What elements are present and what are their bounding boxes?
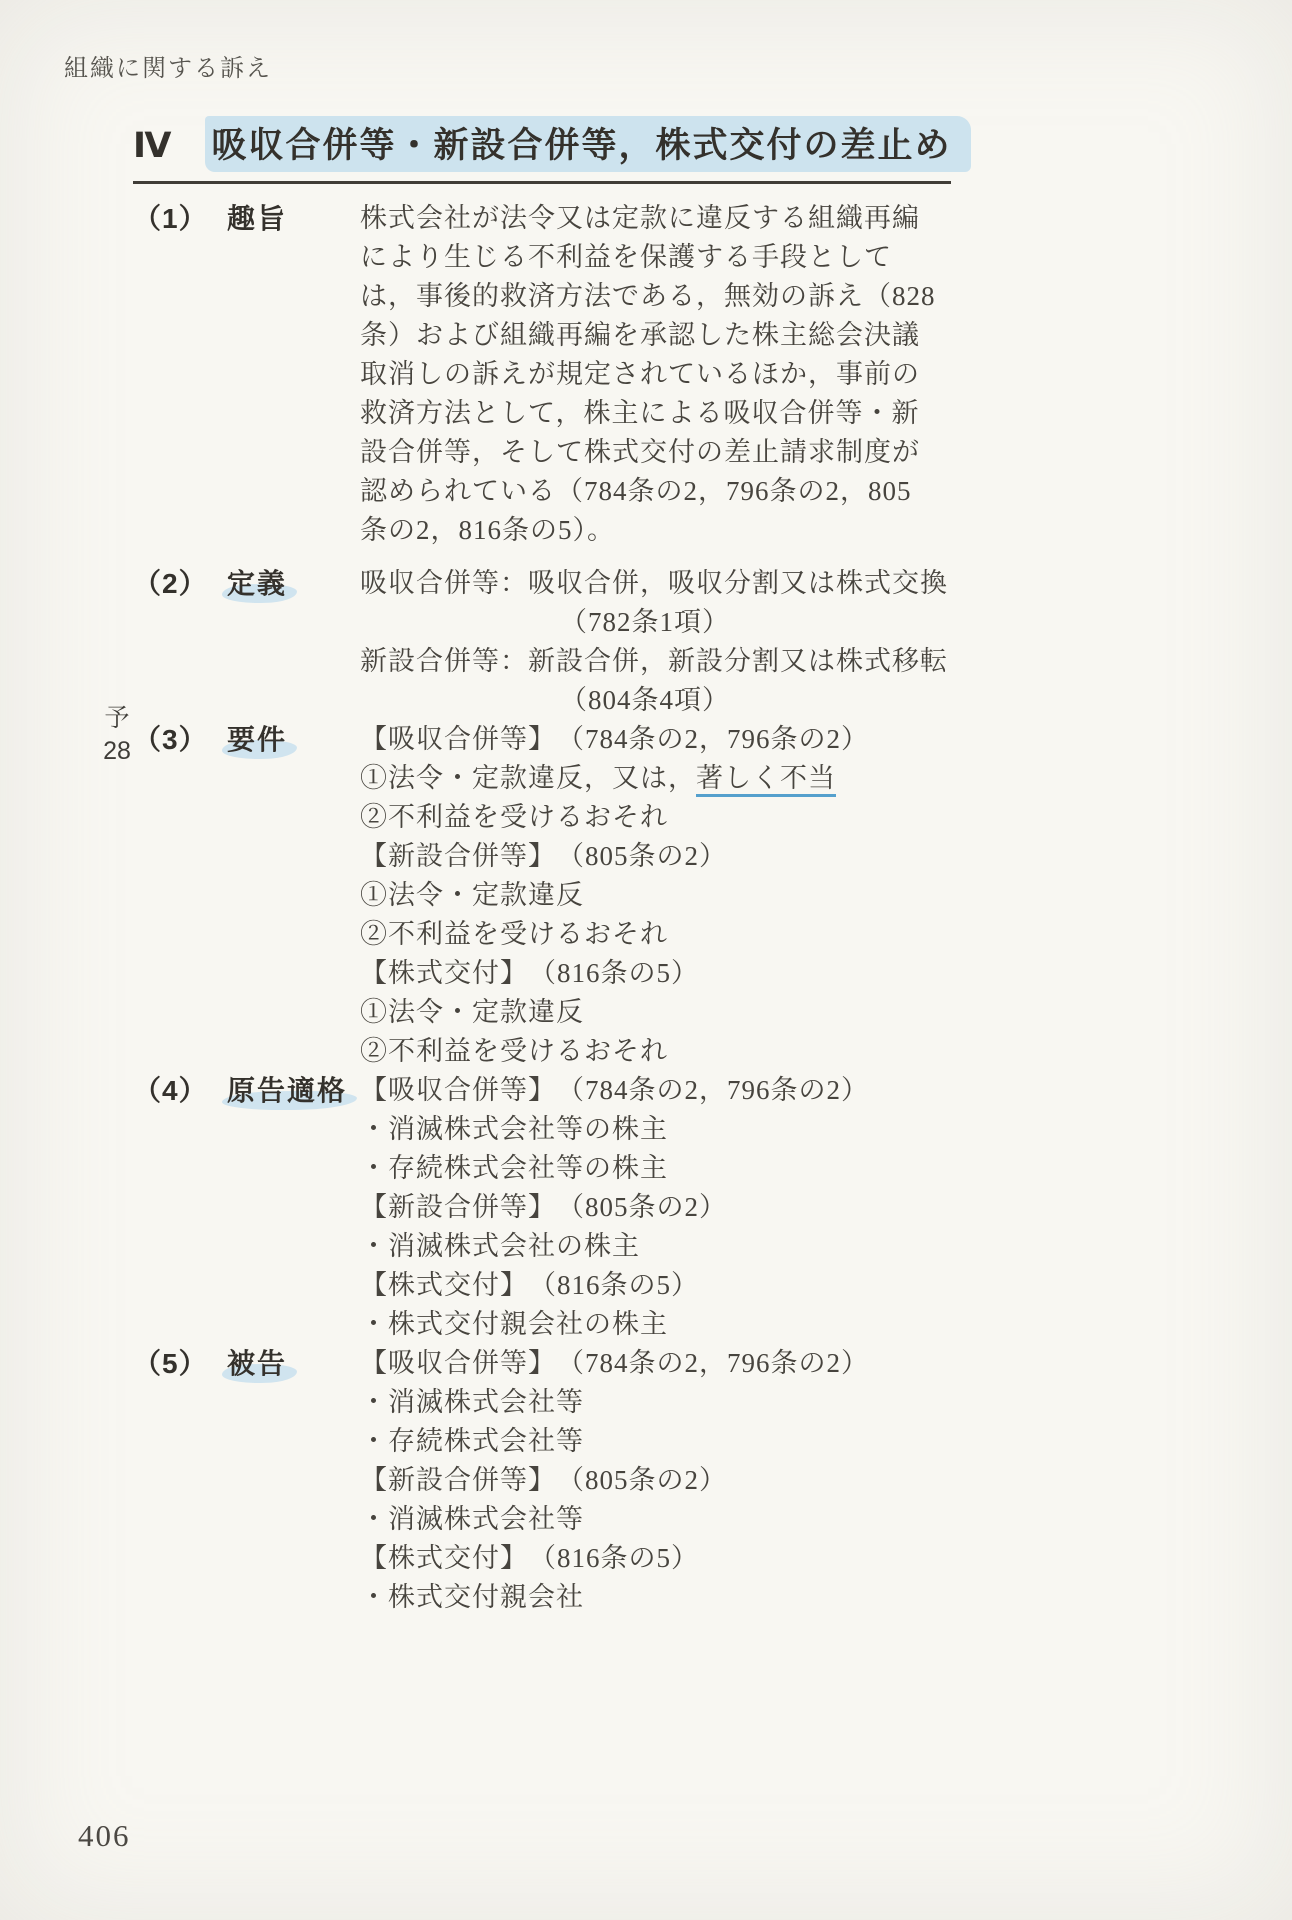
content-line: ・消滅株式会社等の株主 <box>360 1110 951 1149</box>
content-line: ②不利益を受けるおそれ <box>360 915 951 954</box>
item-1-body: 株式会社が法令又は定款に違反する組織再編 により生じる不利益を保護する手段として… <box>360 199 951 550</box>
content-line: 【株式交付】 （816条の5） <box>360 1266 951 1305</box>
content-line: は，事後的救済方法である，無効の訴え（828 <box>360 277 951 316</box>
section-heading-text: 吸収合併等・新設合併等，株式交付の差止め <box>205 116 971 172</box>
content-line: ・消滅株式会社の株主 <box>360 1227 951 1266</box>
item-1-shushi: （1）趣旨 株式会社が法令又は定款に違反する組織再編 により生じる不利益を保護す… <box>133 199 951 550</box>
item-1-label-col: （1）趣旨 <box>133 199 360 550</box>
content-line: （782条1項） <box>360 603 951 642</box>
running-head: 組織に関する訴え <box>64 48 272 83</box>
content-line: により生じる不利益を保護する手段として <box>360 238 951 277</box>
content-line: 設合併等，そして株式交付の差止請求制度が <box>360 433 951 472</box>
content-line: ②不利益を受けるおそれ <box>360 798 951 837</box>
content-line: 吸収合併等：吸収合併，吸収分割又は株式交換 <box>360 564 951 603</box>
item-2-teigi: （2）定義 吸収合併等：吸収合併，吸収分割又は株式交換 （782条1項） 新設合… <box>133 564 951 720</box>
item-4-genkoku-tekikaku: （4）原告適格 【吸収合併等】 （784条の2，796条の2） ・消滅株式会社等… <box>133 1071 951 1344</box>
content-line: （804条4項） <box>360 681 951 720</box>
content-line: 【吸収合併等】 （784条の2，796条の2） <box>360 720 951 759</box>
item-3-label-col: （3）要件 <box>133 720 360 1071</box>
item-3-yoken: （3）要件 【吸収合併等】 （784条の2，796条の2） ①法令・定款違反，又… <box>133 720 951 1071</box>
page-content: Ⅳ 吸収合併等・新設合併等，株式交付の差止め （1）趣旨 株式会社が法令又は定款… <box>133 116 951 1617</box>
item-5-body: 【吸収合併等】 （784条の2，796条の2） ・消滅株式会社等 ・存続株式会社… <box>360 1344 951 1617</box>
content-line: ①法令・定款違反，又は，著しく不当 <box>360 759 951 798</box>
item-5-number: （5） <box>133 1344 227 1383</box>
item-4-number: （4） <box>133 1071 227 1110</box>
blue-underlined-text: 著しく不当 <box>696 763 836 797</box>
content-line: ・株式交付親会社の株主 <box>360 1305 951 1344</box>
item-5-label-col: （5）被告 <box>133 1344 360 1617</box>
item-1-label: 趣旨 <box>227 203 287 234</box>
content-line: 条の2，816条の5）。 <box>360 511 951 550</box>
item-3-body: 【吸収合併等】 （784条の2，796条の2） ①法令・定款違反，又は，著しく不… <box>360 720 951 1071</box>
content-line: 新設合併等：新設合併，新設分割又は株式移転 <box>360 642 951 681</box>
item-3-label: 要件 <box>227 724 287 755</box>
content-line: 【吸収合併等】 （784条の2，796条の2） <box>360 1344 951 1383</box>
item-4-body: 【吸収合併等】 （784条の2，796条の2） ・消滅株式会社等の株主 ・存続株… <box>360 1071 951 1344</box>
content-line: ・消滅株式会社等 <box>360 1383 951 1422</box>
item-2-label: 定義 <box>227 568 287 599</box>
content-line: 【新設合併等】 （805条の2） <box>360 1188 951 1227</box>
page-number: 406 <box>78 1818 131 1854</box>
item-2-label-col: （2）定義 <box>133 564 360 720</box>
item-5-label: 被告 <box>227 1348 287 1379</box>
item-2-body: 吸収合併等：吸収合併，吸収分割又は株式交換 （782条1項） 新設合併等：新設合… <box>360 564 951 720</box>
item-4-label-col: （4）原告適格 <box>133 1071 360 1344</box>
content-line: ・存続株式会社等の株主 <box>360 1149 951 1188</box>
item-5-hikoku: （5）被告 【吸収合併等】 （784条の2，796条の2） ・消滅株式会社等 ・… <box>133 1344 951 1617</box>
item-2-number: （2） <box>133 564 227 603</box>
content-line: ①法令・定款違反 <box>360 876 951 915</box>
content-line: ①法令・定款違反 <box>360 993 951 1032</box>
content-line: ・株式交付親会社 <box>360 1578 951 1617</box>
item-1-number: （1） <box>133 199 227 238</box>
section-numeral: Ⅳ <box>133 126 173 166</box>
item-4-label: 原告適格 <box>227 1075 347 1106</box>
content-line: 認められている（784条の2，796条の2，805 <box>360 472 951 511</box>
content-line: 【株式交付】 （816条の5） <box>360 954 951 993</box>
book-page: 組織に関する訴え 予 28 Ⅳ 吸収合併等・新設合併等，株式交付の差止め （1）… <box>0 0 1292 1920</box>
content-line: 【新設合併等】 （805条の2） <box>360 837 951 876</box>
content-line: 取消しの訴えが規定されているほか，事前の <box>360 355 951 394</box>
content-line: 救済方法として，株主による吸収合併等・新 <box>360 394 951 433</box>
content-line: 株式会社が法令又は定款に違反する組織再編 <box>360 199 951 238</box>
content-line: 【株式交付】 （816条の5） <box>360 1539 951 1578</box>
content-line: 条）および組織再編を承認した株主総会決議 <box>360 316 951 355</box>
item-3-number: （3） <box>133 720 227 759</box>
content-line: 【新設合併等】 （805条の2） <box>360 1461 951 1500</box>
content-line: ・存続株式会社等 <box>360 1422 951 1461</box>
content-line: 【吸収合併等】 （784条の2，796条の2） <box>360 1071 951 1110</box>
section-heading: Ⅳ 吸収合併等・新設合併等，株式交付の差止め <box>133 116 951 184</box>
content-line-prefix: ①法令・定款違反，又は， <box>360 763 696 793</box>
content-line: ・消滅株式会社等 <box>360 1500 951 1539</box>
content-line: ②不利益を受けるおそれ <box>360 1032 951 1071</box>
